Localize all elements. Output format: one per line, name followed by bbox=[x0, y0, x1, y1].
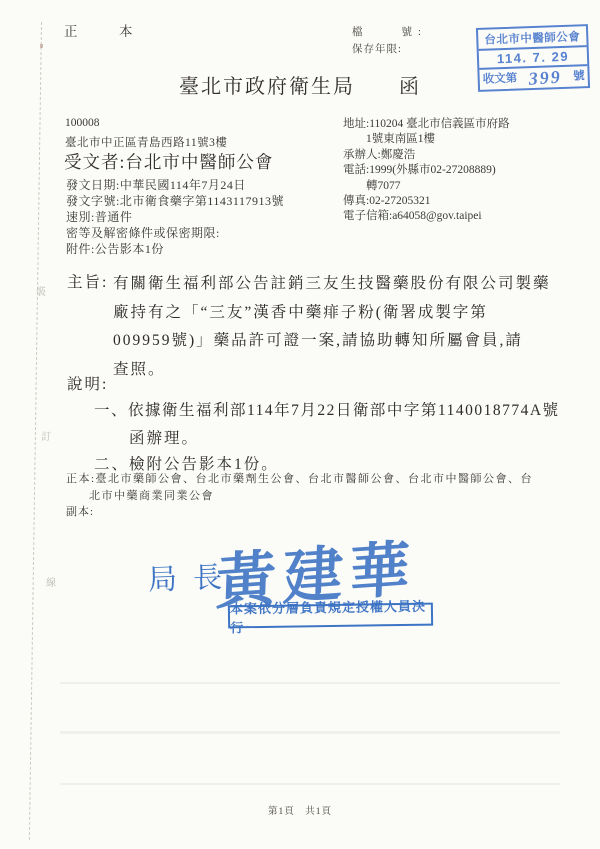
file-number-label: 檔 號: bbox=[352, 24, 427, 39]
stamp-receive-number-row: 收文第 399 號 bbox=[479, 66, 588, 88]
copy-type-marker: 正 本 bbox=[64, 20, 147, 40]
scan-speck bbox=[40, 44, 43, 48]
contact-email: 電子信箱:a64058@gov.taipei bbox=[343, 209, 510, 224]
delegation-authority-stamp: 本案依分層負責規定授權人員決行 bbox=[228, 603, 433, 629]
binding-char-zhuang: 裝 bbox=[36, 283, 46, 298]
subject-body: 有關衛生福利部公告註銷三友生技醫藥股份有限公司製藥 廠持有之「“三友”漢香中藥痱… bbox=[113, 270, 551, 384]
explanation-item1-line1: 一、依據衛生福利部114年7月22日衛部中字第1140018774A號 bbox=[94, 398, 560, 420]
contact-person: 承辦人:鄭慶浩 bbox=[343, 148, 510, 163]
scan-noise-band bbox=[60, 682, 560, 684]
page-number-footer: 第1頁 共1頁 bbox=[0, 803, 600, 817]
receipt-stamp: 台北市中醫師公會 114. 7. 29 收文第 399 號 bbox=[476, 24, 590, 92]
meta-security-class: 密等及解密條件或保密期限: bbox=[66, 225, 284, 241]
meta-speed-class: 速別:普通件 bbox=[66, 209, 284, 225]
explanation-label: 說明: bbox=[67, 372, 108, 394]
cc-copy-label: 副本: bbox=[66, 503, 94, 519]
recipient-zip: 100008 bbox=[65, 117, 100, 129]
recipient-line: 受文者:台北市中醫師公會 bbox=[64, 149, 273, 174]
subject-line: 查照。 bbox=[113, 356, 551, 385]
scan-noise-band bbox=[60, 783, 560, 785]
subject-line: 有關衛生福利部公告註銷三友生技醫藥股份有限公司製藥 bbox=[113, 270, 551, 299]
scanned-official-letter: 裝 訂 線 正 本 檔 號: 保存年限: 臺北市政府衛生局 函 台北市中醫師公會… bbox=[0, 0, 600, 849]
contact-phone-line2: 轉7077 bbox=[343, 179, 510, 194]
contact-fax: 傳真:02-27205321 bbox=[343, 194, 510, 209]
document-meta: 發文日期:中華民國114年7月24日 發文字號:北市衛食藥字第114311791… bbox=[66, 177, 284, 257]
meta-issue-date: 發文日期:中華民國114年7月24日 bbox=[66, 177, 284, 193]
recipient-address: 臺北市中正區青島西路11號3樓 bbox=[65, 134, 227, 150]
meta-attachment: 附件:公告影本1份 bbox=[66, 241, 284, 257]
stamp-receive-number: 399 bbox=[528, 69, 562, 85]
cc-original-line1: 正本:臺北市藥師公會、台北市藥劑生公會、台北市醫師公會、台北市中醫師公會、台 bbox=[66, 470, 533, 486]
contact-address-line1: 地址:110204 臺北市信義區市府路 bbox=[343, 117, 510, 132]
stamp-receive-prefix: 收文第 bbox=[482, 70, 517, 87]
subject-line: 009959號)」藥品許可證一案,請協助轉知所屬會員,請 bbox=[113, 327, 551, 356]
subject-label: 主旨: bbox=[67, 270, 108, 292]
retention-period-label: 保存年限: bbox=[352, 41, 402, 56]
contact-phone-line1: 電話:1999(外縣市02-27208889) bbox=[343, 163, 510, 178]
contact-address-line2: 1號東南區1樓 bbox=[343, 132, 510, 147]
subject-line: 廠持有之「“三友”漢香中藥痱子粉(衛署成製字第 bbox=[113, 299, 551, 328]
binding-char-xian: 線 bbox=[46, 574, 56, 589]
scan-noise-band bbox=[60, 731, 560, 734]
explanation-item1-line2: 函辦理。 bbox=[129, 426, 199, 448]
cc-original-line2: 北市中藥商業同業公會 bbox=[89, 487, 214, 503]
meta-issue-number: 發文字號:北市衛食藥字第1143117913號 bbox=[66, 193, 284, 209]
binding-char-ding: 訂 bbox=[41, 428, 51, 443]
stamp-receive-suffix: 號 bbox=[573, 67, 585, 83]
sender-contact: 地址:110204 臺北市信義區市府路 1號東南區1樓 承辦人:鄭慶浩 電話:1… bbox=[343, 117, 510, 225]
